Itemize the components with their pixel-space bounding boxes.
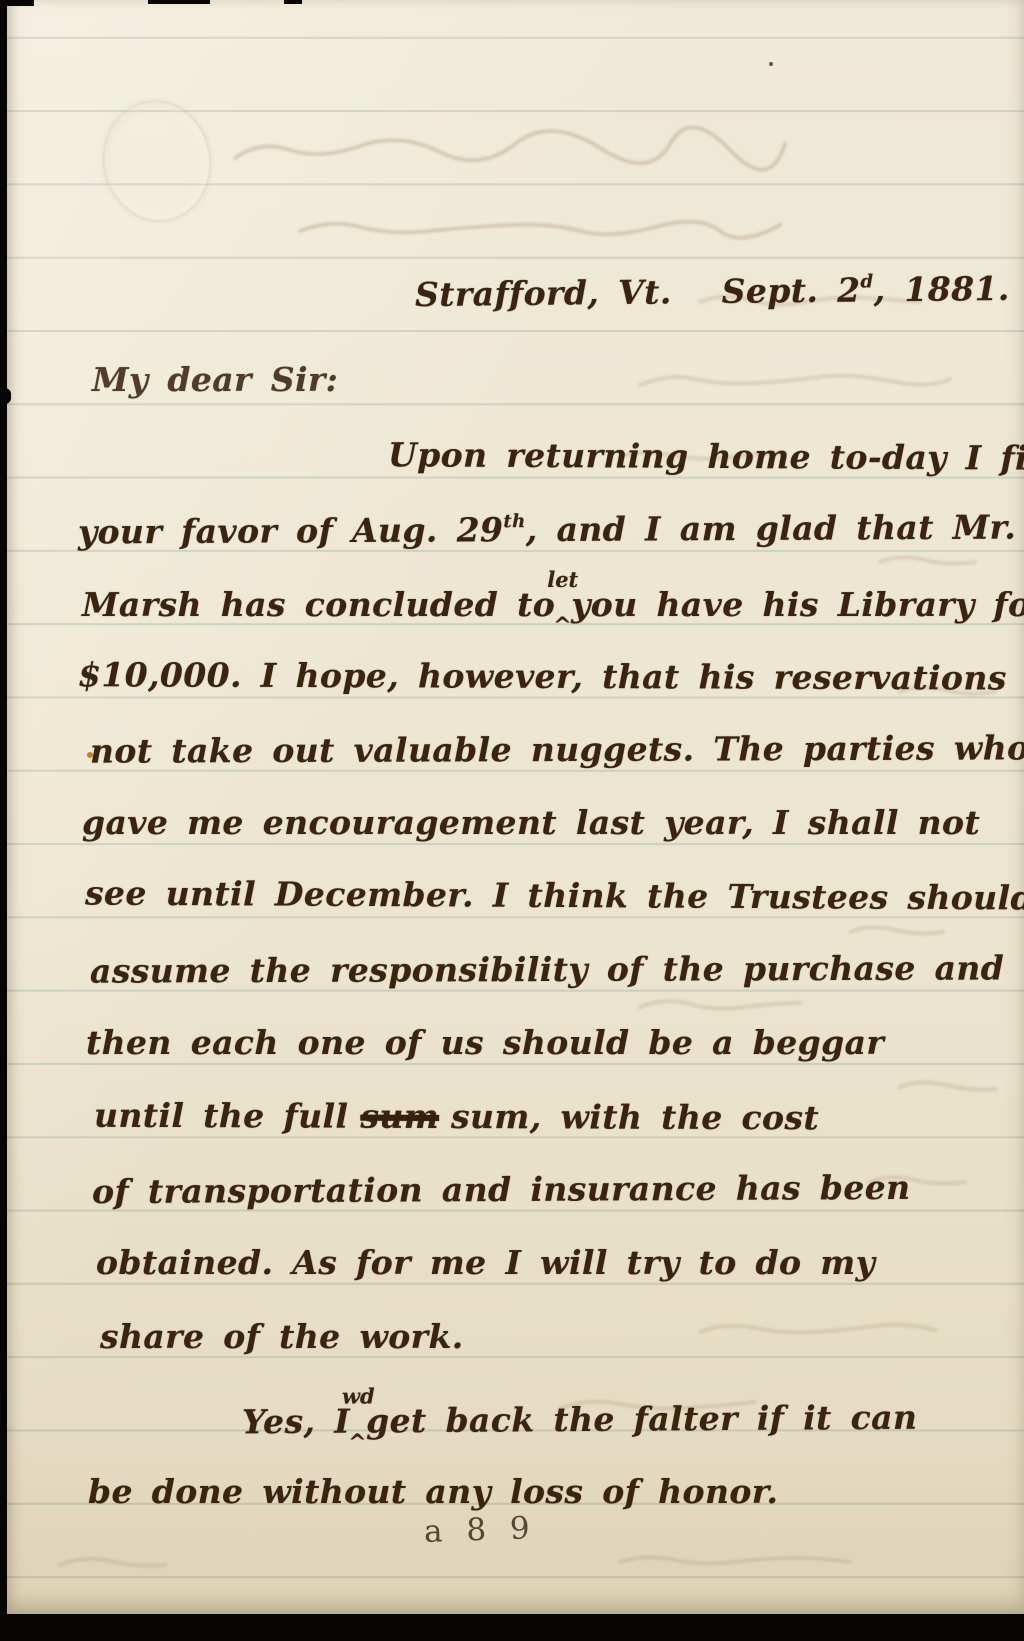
letter-line-4: $10,000. I hope, however, that his reser… xyxy=(78,655,1024,698)
page-number-text: a 8 9 xyxy=(423,1510,537,1550)
dateline-date: Sept. 2 xyxy=(721,270,860,310)
letter-dateline: Strafford, Vt.Sept. 2d, 1881. xyxy=(415,269,1010,314)
caret-mark: ^ xyxy=(553,613,572,639)
line-text: , and I am glad that Mr. xyxy=(526,508,1017,550)
line-text: sum, with the cost xyxy=(451,1097,819,1137)
line-text: get back the falter if it can xyxy=(366,1398,917,1441)
letter-line-11: of transportation and insurance has been xyxy=(92,1168,911,1211)
salutation-text: My dear Sir: xyxy=(92,360,338,399)
letter-line-9: then each one of us should be a beggar xyxy=(86,1023,884,1062)
inserted-word: wd xyxy=(342,1383,375,1408)
letter-line-5: not take out valuable nuggets. The parti… xyxy=(90,728,1024,770)
struck-out-word: sum xyxy=(360,1097,439,1136)
line-text: Upon returning home to-day I find xyxy=(388,435,1024,478)
letter-line-13: share of the work. xyxy=(100,1317,464,1356)
line-text: obtained. As for me I will try to do my xyxy=(96,1243,875,1282)
superscript-th: th xyxy=(503,511,525,532)
ink-speck xyxy=(769,62,773,66)
letter-line-12: obtained. As for me I will try to do my xyxy=(96,1243,875,1282)
line-text: not take out valuable nuggets. The parti… xyxy=(90,728,1024,770)
scan-edge-left xyxy=(0,0,7,1641)
scan-edge-top xyxy=(284,0,302,4)
caret-mark: ^ xyxy=(348,1429,367,1455)
inserted-word: let xyxy=(547,567,578,592)
letter-line-10: until the fullsumsum, with the cost xyxy=(94,1096,819,1138)
letter-line-3: Marsh has concluded tolet^you have his L… xyxy=(82,583,1024,624)
page-number-annotation: a 8 9 xyxy=(423,1510,537,1550)
letter-line-1: Upon returning home to-day I find xyxy=(388,435,1024,478)
dateline-date-superscript: d xyxy=(860,271,873,292)
scan-edge-top xyxy=(0,0,34,6)
letter-line-2: your favor of Aug. 29th, and I am glad t… xyxy=(78,508,1016,552)
scan-edge-top xyxy=(148,0,210,4)
dateline-place: Strafford, Vt. xyxy=(415,272,672,314)
line-text: you have his Library for xyxy=(571,585,1024,624)
line-text: share of the work. xyxy=(100,1317,464,1356)
line-text: of transportation and insurance has been xyxy=(92,1168,911,1211)
line-text: be done without any loss of honor. xyxy=(88,1472,778,1511)
line-text: $10,000. I hope, however, that his reser… xyxy=(78,655,1024,698)
line-text: until the full xyxy=(94,1096,349,1136)
letter-salutation: My dear Sir: xyxy=(92,360,338,399)
line-text: gave me encouragement last year, I shall… xyxy=(82,803,980,842)
line-text: then each one of us should be a beggar xyxy=(86,1023,884,1062)
letter-line-8: assume the responsibility of the purchas… xyxy=(90,948,1004,990)
dateline-gap xyxy=(672,303,722,304)
line-text: Marsh has concluded to xyxy=(82,585,555,624)
dateline-year: , 1881. xyxy=(873,269,1010,309)
line-text: Yes, I xyxy=(242,1402,350,1442)
letter-line-7: see until December. I think the Trustees… xyxy=(85,874,1024,918)
embossed-seal xyxy=(93,92,221,231)
letter-line-14: Yes, Iwd^get back the falter if it can xyxy=(242,1396,918,1442)
line-text: your favor of Aug. 29 xyxy=(78,510,504,551)
line-text: see until December. I think the Trustees… xyxy=(85,874,1024,918)
caret-insertion-wd: wd^ xyxy=(350,1399,366,1432)
letter-line-15: be done without any loss of honor. xyxy=(88,1472,778,1511)
line-text: assume the responsibility of the purchas… xyxy=(90,948,1004,990)
scanned-letter-page: Strafford, Vt.Sept. 2d, 1881. My dear Si… xyxy=(0,0,1024,1641)
letter-line-6: gave me encouragement last year, I shall… xyxy=(82,803,980,842)
scan-edge-bottom xyxy=(0,1614,1024,1641)
ink-speck xyxy=(572,868,576,872)
caret-insertion-let: let^ xyxy=(555,583,571,616)
scan-edge-notch xyxy=(0,388,11,404)
